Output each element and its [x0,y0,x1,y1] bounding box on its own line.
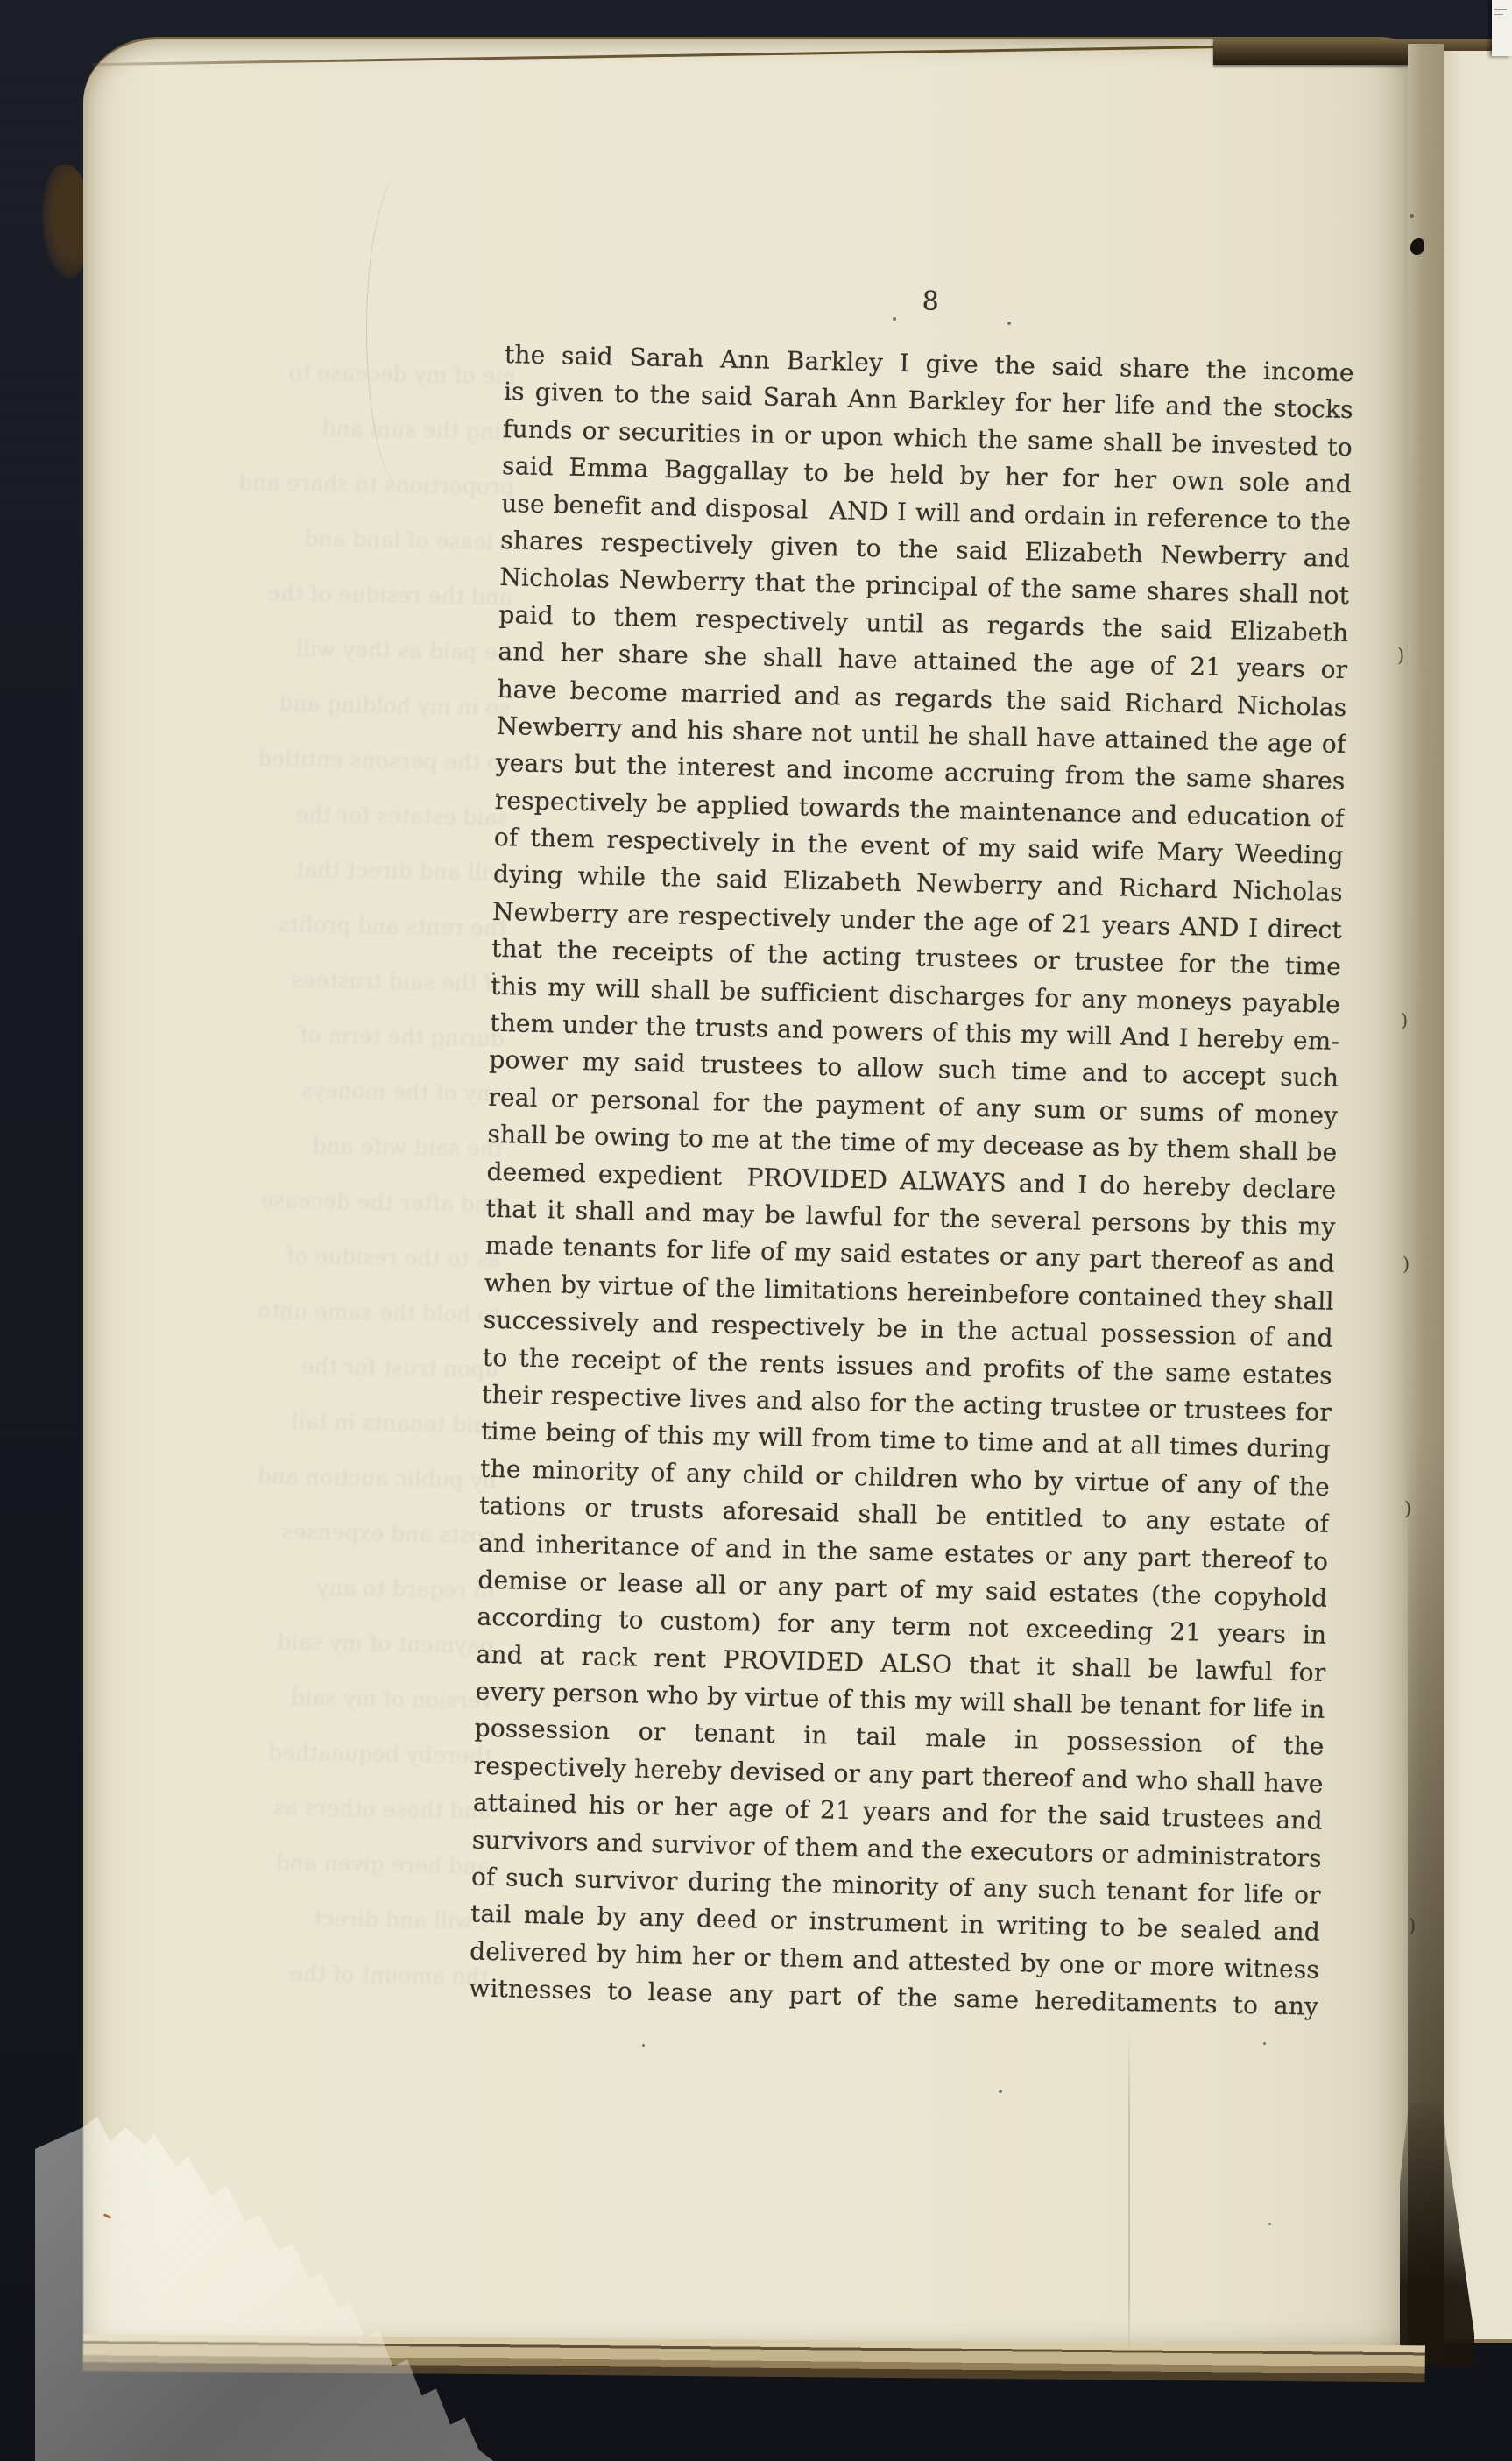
showthrough-line: a lease of land and [219,509,513,569]
showthrough-line: of the said trustees [211,951,505,1011]
verso-showthrough: me of my decease toding the sum andpropo… [194,343,516,2013]
showthrough-line: payment of my said [200,1613,494,1673]
body-text: the said Sarah Ann Barkley I give the sa… [469,336,1354,2026]
showthrough-line: version of my said [199,1668,493,1729]
paper-speck [496,793,499,796]
paper-speck [492,972,495,975]
paper-speck [642,2044,645,2047]
text-block: 8 the said Sarah Ann Barkley I give the … [469,273,1356,2026]
page-crease [366,168,446,492]
paper-slip [1492,0,1512,56]
showthrough-line: thereby bequeathed [198,1723,492,1784]
showthrough-line: any of the moneys [209,1061,504,1121]
showthrough-line: upon trust for the [205,1337,499,1397]
paper-speck [1268,2223,1271,2225]
showthrough-line: said tenants in tail [204,1392,498,1453]
showthrough-line: by public auction and [203,1447,498,1508]
showthrough-line: and the residue of the [218,564,512,625]
showthrough-line: the amount of the [194,1944,489,2005]
showthrough-line: during the term of [210,1006,505,1066]
margin-ink-mark: ) [1397,647,1404,665]
gutter-shadow [1408,44,1444,2361]
book-scan: me of my decease toding the sum andpropo… [0,0,1512,2461]
showthrough-line: said estates for the [215,785,509,845]
margin-ink-mark: ) [1409,1917,1416,1935]
showthrough-line: ding the sum and [221,399,515,459]
showthrough-line: the rents and profits [213,895,507,956]
adjacent-page [1444,51,1512,2343]
showthrough-line: proportions to share and [220,454,514,514]
showthrough-line: costs and expenses [201,1503,496,1563]
showthrough-line: I will and direct [195,1889,490,1949]
margin-ink-mark: ) [1404,1500,1411,1518]
binding-page-edges [0,151,88,2420]
showthrough-line: in regard to any [201,1558,495,1618]
margin-ink-mark: ) [1401,1012,1408,1030]
showthrough-line: and after the decease [208,1171,502,1232]
page-crease [1128,2028,1130,2361]
showthrough-line: be paid as they will [217,619,512,680]
paper-speck [1410,214,1414,218]
paper-speck [1007,322,1011,325]
paper-speck [1263,2042,1266,2045]
showthrough-line: will and direct that [214,840,508,901]
showthrough-line: and here given and [196,1834,491,1894]
showthrough-line: as to the residue of [207,1227,501,1287]
showthrough-line: to the persons entitled [215,730,510,790]
margin-ink-mark: ) [1402,1255,1410,1274]
paper-speck [893,317,896,321]
paper-speck [999,2090,1002,2093]
showthrough-line: to hold the same unto [206,1282,500,1342]
showthrough-line: and those others as [197,1779,491,1839]
showthrough-line: the said wife and [208,1116,503,1177]
showthrough-line: so in my holding and [216,675,511,735]
